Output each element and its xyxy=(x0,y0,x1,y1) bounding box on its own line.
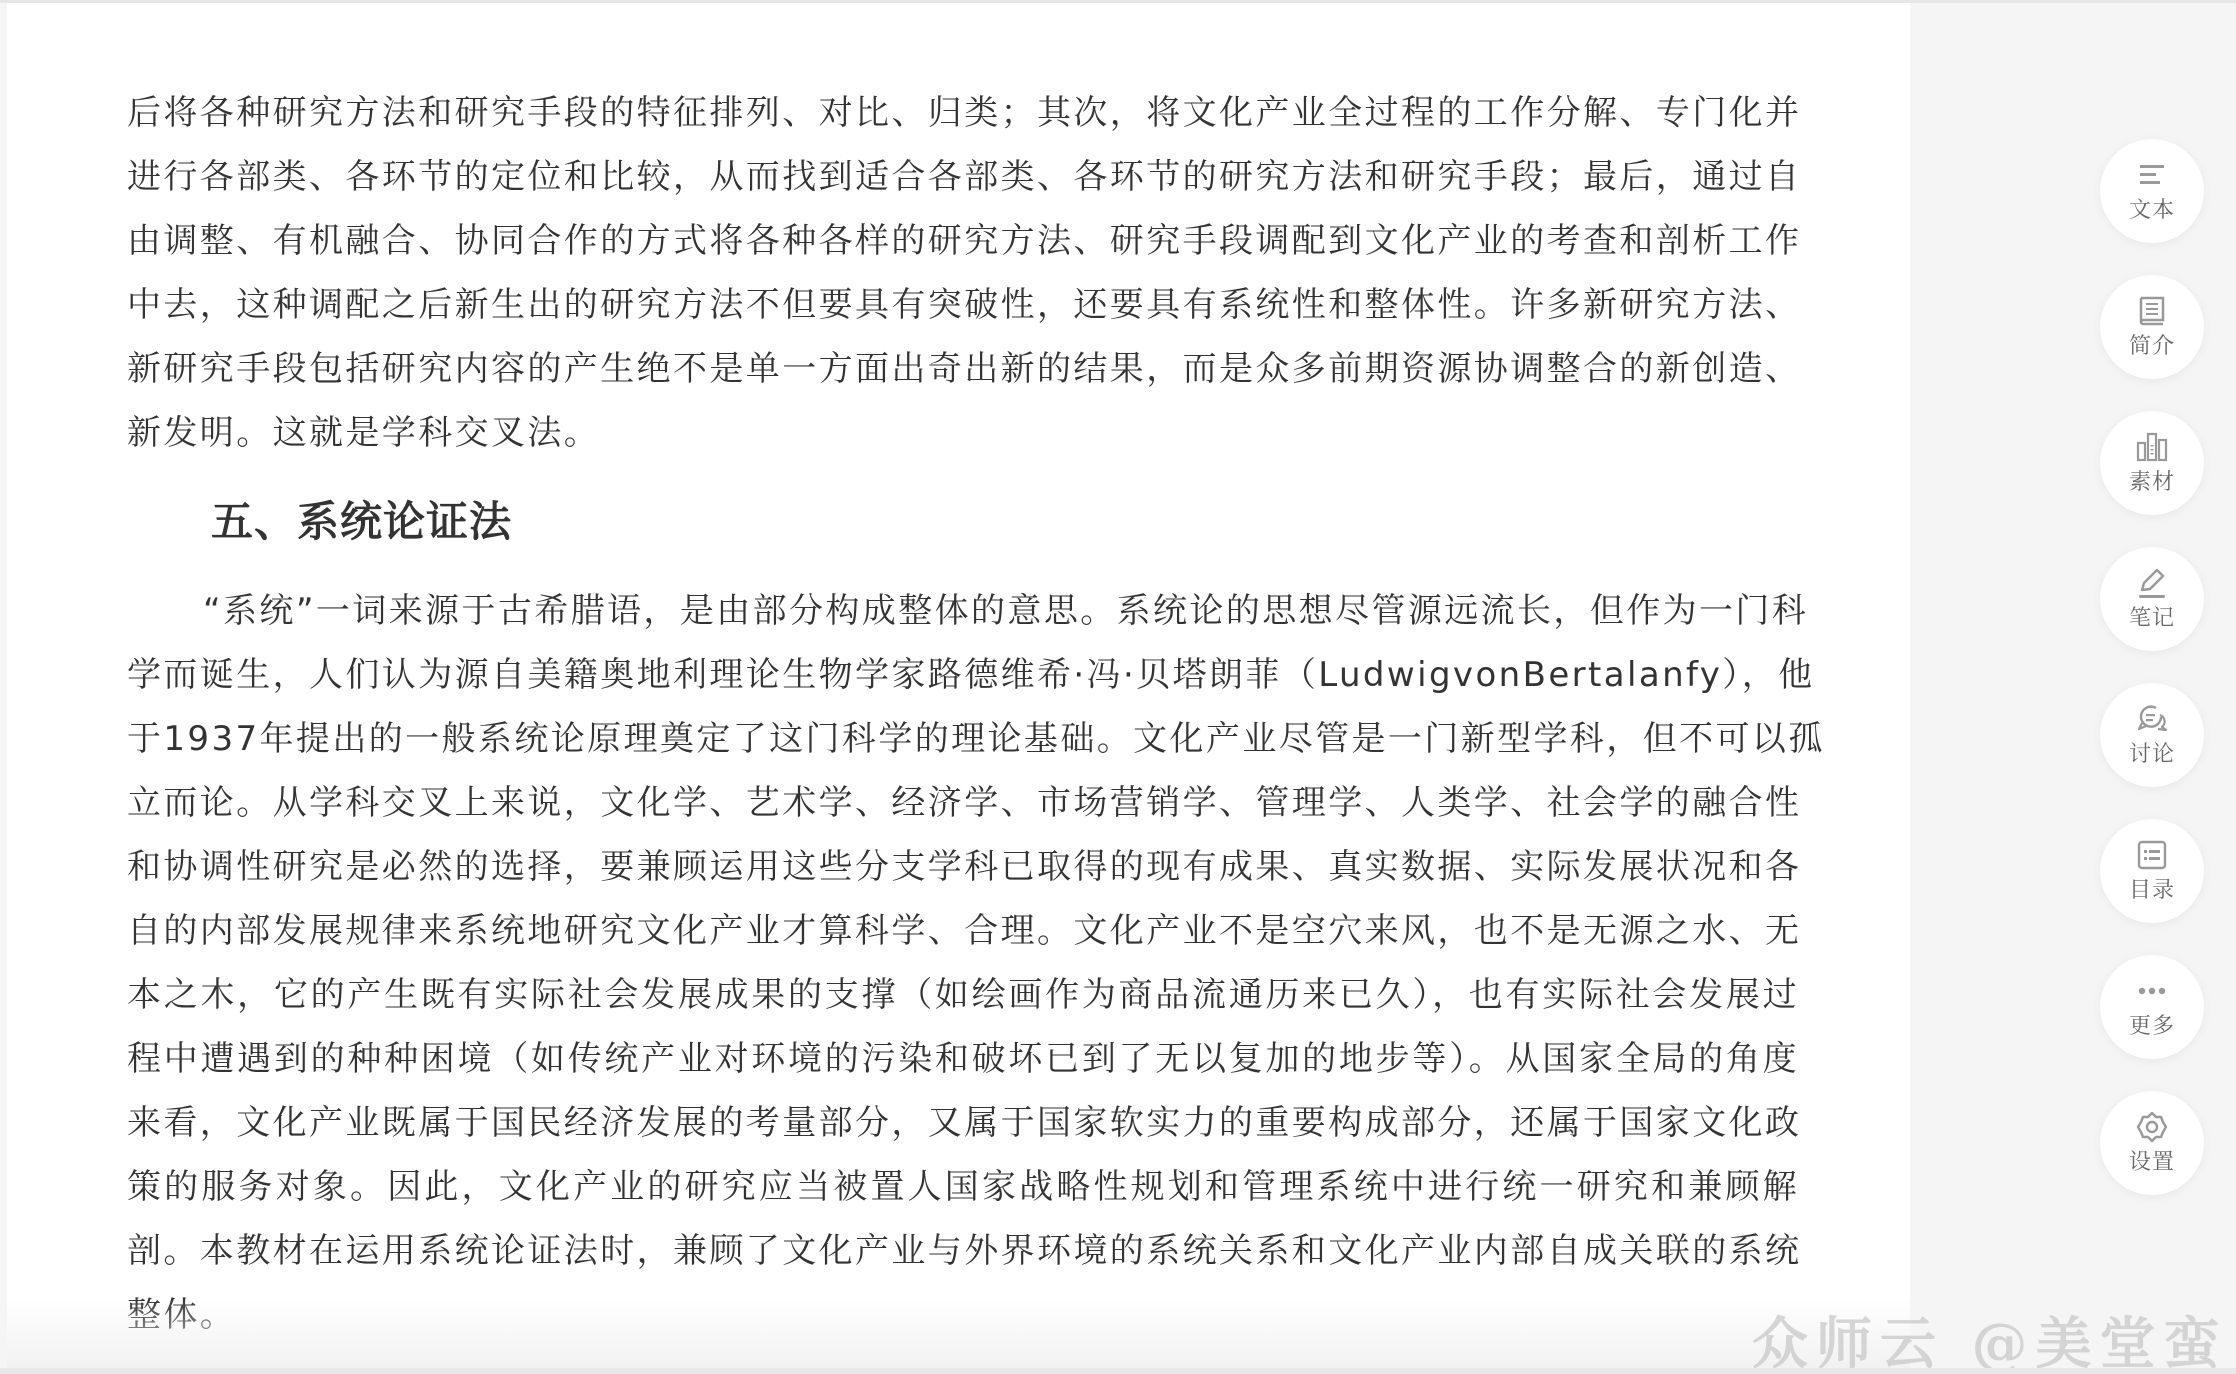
more-button[interactable]: 更多 xyxy=(2100,955,2204,1059)
text-line: 学而诞生，人们认为源自美籍奥地利理论生物学家路德维希·冯·贝塔朗菲（Ludwig… xyxy=(127,643,1799,707)
catalog-button-label: 目录 xyxy=(2129,873,2175,904)
more-button-label: 更多 xyxy=(2129,1009,2175,1040)
intro-button[interactable]: 简介 xyxy=(2100,275,2204,379)
text-line: 来看，文化产业既属于国民经济发展的考量部分，又属于国家软实力的重要构成部分，还属… xyxy=(127,1091,1799,1155)
settings-button[interactable]: 设置 xyxy=(2100,1091,2204,1195)
text-line: 本之木，它的产生既有实际社会发展成果的支撑（如绘画作为商品流通历来已久），也有实… xyxy=(127,963,1799,1027)
discussion-button[interactable]: 讨论 xyxy=(2100,683,2204,787)
bottom-bar xyxy=(0,1368,2236,1374)
text-line: 新研究手段包括研究内容的产生绝不是单一方面出奇出新的结果，而是众多前期资源协调整… xyxy=(127,337,1799,401)
catalog-button[interactable]: 目录 xyxy=(2100,819,2204,923)
more-dots-icon xyxy=(2134,975,2170,1007)
text-line: 进行各部类、各环节的定位和比较，从而找到适合各部类、各环节的研究方法和研究手段；… xyxy=(127,145,1799,209)
discussion-button-label: 讨论 xyxy=(2129,737,2175,768)
text-line: “系统”一词来源于古希腊语，是由部分构成整体的意思。系统论的思想尽管源远流长，但… xyxy=(127,579,1799,643)
pencil-icon xyxy=(2134,567,2170,599)
list-icon xyxy=(2134,839,2170,871)
text-line: 程中遭遇到的种种困境（如传统产业对环境的污染和破坏已到了无以复加的地步等）。从国… xyxy=(127,1027,1799,1091)
gear-icon xyxy=(2134,1111,2170,1143)
text-line: 整体。 xyxy=(127,1283,1799,1347)
text-button-label: 文本 xyxy=(2129,193,2175,224)
text-line: 后将各种研究方法和研究手段的特征排列、对比、归类；其次，将文化产业全过程的工作分… xyxy=(127,81,1799,145)
book-content: 后将各种研究方法和研究手段的特征排列、对比、归类；其次，将文化产业全过程的工作分… xyxy=(127,81,1799,1347)
text-lines-icon xyxy=(2134,159,2170,191)
section-heading: 五、系统论证法 xyxy=(127,465,1799,579)
notes-button[interactable]: 笔记 xyxy=(2100,547,2204,651)
material-button-label: 素材 xyxy=(2129,465,2175,496)
text-line: 和协调性研究是必然的选择，要兼顾运用这些分支学科已取得的现有成果、真实数据、实际… xyxy=(127,835,1799,899)
text-line: 由调整、有机融合、协同合作的方式将各种各样的研究方法、研究手段调配到文化产业的考… xyxy=(127,209,1799,273)
text-line: 中去，这种调配之后新生出的研究方法不但要具有突破性，还要具有系统性和整体性。许多… xyxy=(127,273,1799,337)
chat-bubbles-icon xyxy=(2134,703,2170,735)
book-icon xyxy=(2134,295,2170,327)
text-line: 自的内部发展规律来系统地研究文化产业才算科学、合理。文化产业不是空穴来风，也不是… xyxy=(127,899,1799,963)
text-line: 策的服务对象。因此，文化产业的研究应当被置人国家战略性规划和管理系统中进行统一研… xyxy=(127,1155,1799,1219)
paragraph-2: “系统”一词来源于古希腊语，是由部分构成整体的意思。系统论的思想尽管源远流长，但… xyxy=(127,579,1799,1347)
text-line: 新发明。这就是学科交叉法。 xyxy=(127,401,1799,465)
watermark: 众师云 @美堂蛮 xyxy=(1752,1300,2228,1374)
material-button[interactable]: 素材 xyxy=(2100,411,2204,515)
text-line: 立而论。从学科交叉上来说，文化学、艺术学、经济学、市场营销学、管理学、人类学、社… xyxy=(127,771,1799,835)
intro-button-label: 简介 xyxy=(2129,329,2175,360)
notes-button-label: 笔记 xyxy=(2129,601,2175,632)
bar-chart-icon xyxy=(2134,431,2170,463)
text-line: 剖。本教材在运用系统论证法时，兼顾了文化产业与外界环境的系统关系和文化产业内部自… xyxy=(127,1219,1799,1283)
text-line: 于1937年提出的一般系统论原理奠定了这门科学的理论基础。文化产业尽管是一门新型… xyxy=(127,707,1799,771)
settings-button-label: 设置 xyxy=(2129,1145,2175,1176)
text-button[interactable]: 文本 xyxy=(2100,139,2204,243)
paragraph-1: 后将各种研究方法和研究手段的特征排列、对比、归类；其次，将文化产业全过程的工作分… xyxy=(127,81,1799,465)
reader-page: 后将各种研究方法和研究手段的特征排列、对比、归类；其次，将文化产业全过程的工作分… xyxy=(7,3,1910,1368)
